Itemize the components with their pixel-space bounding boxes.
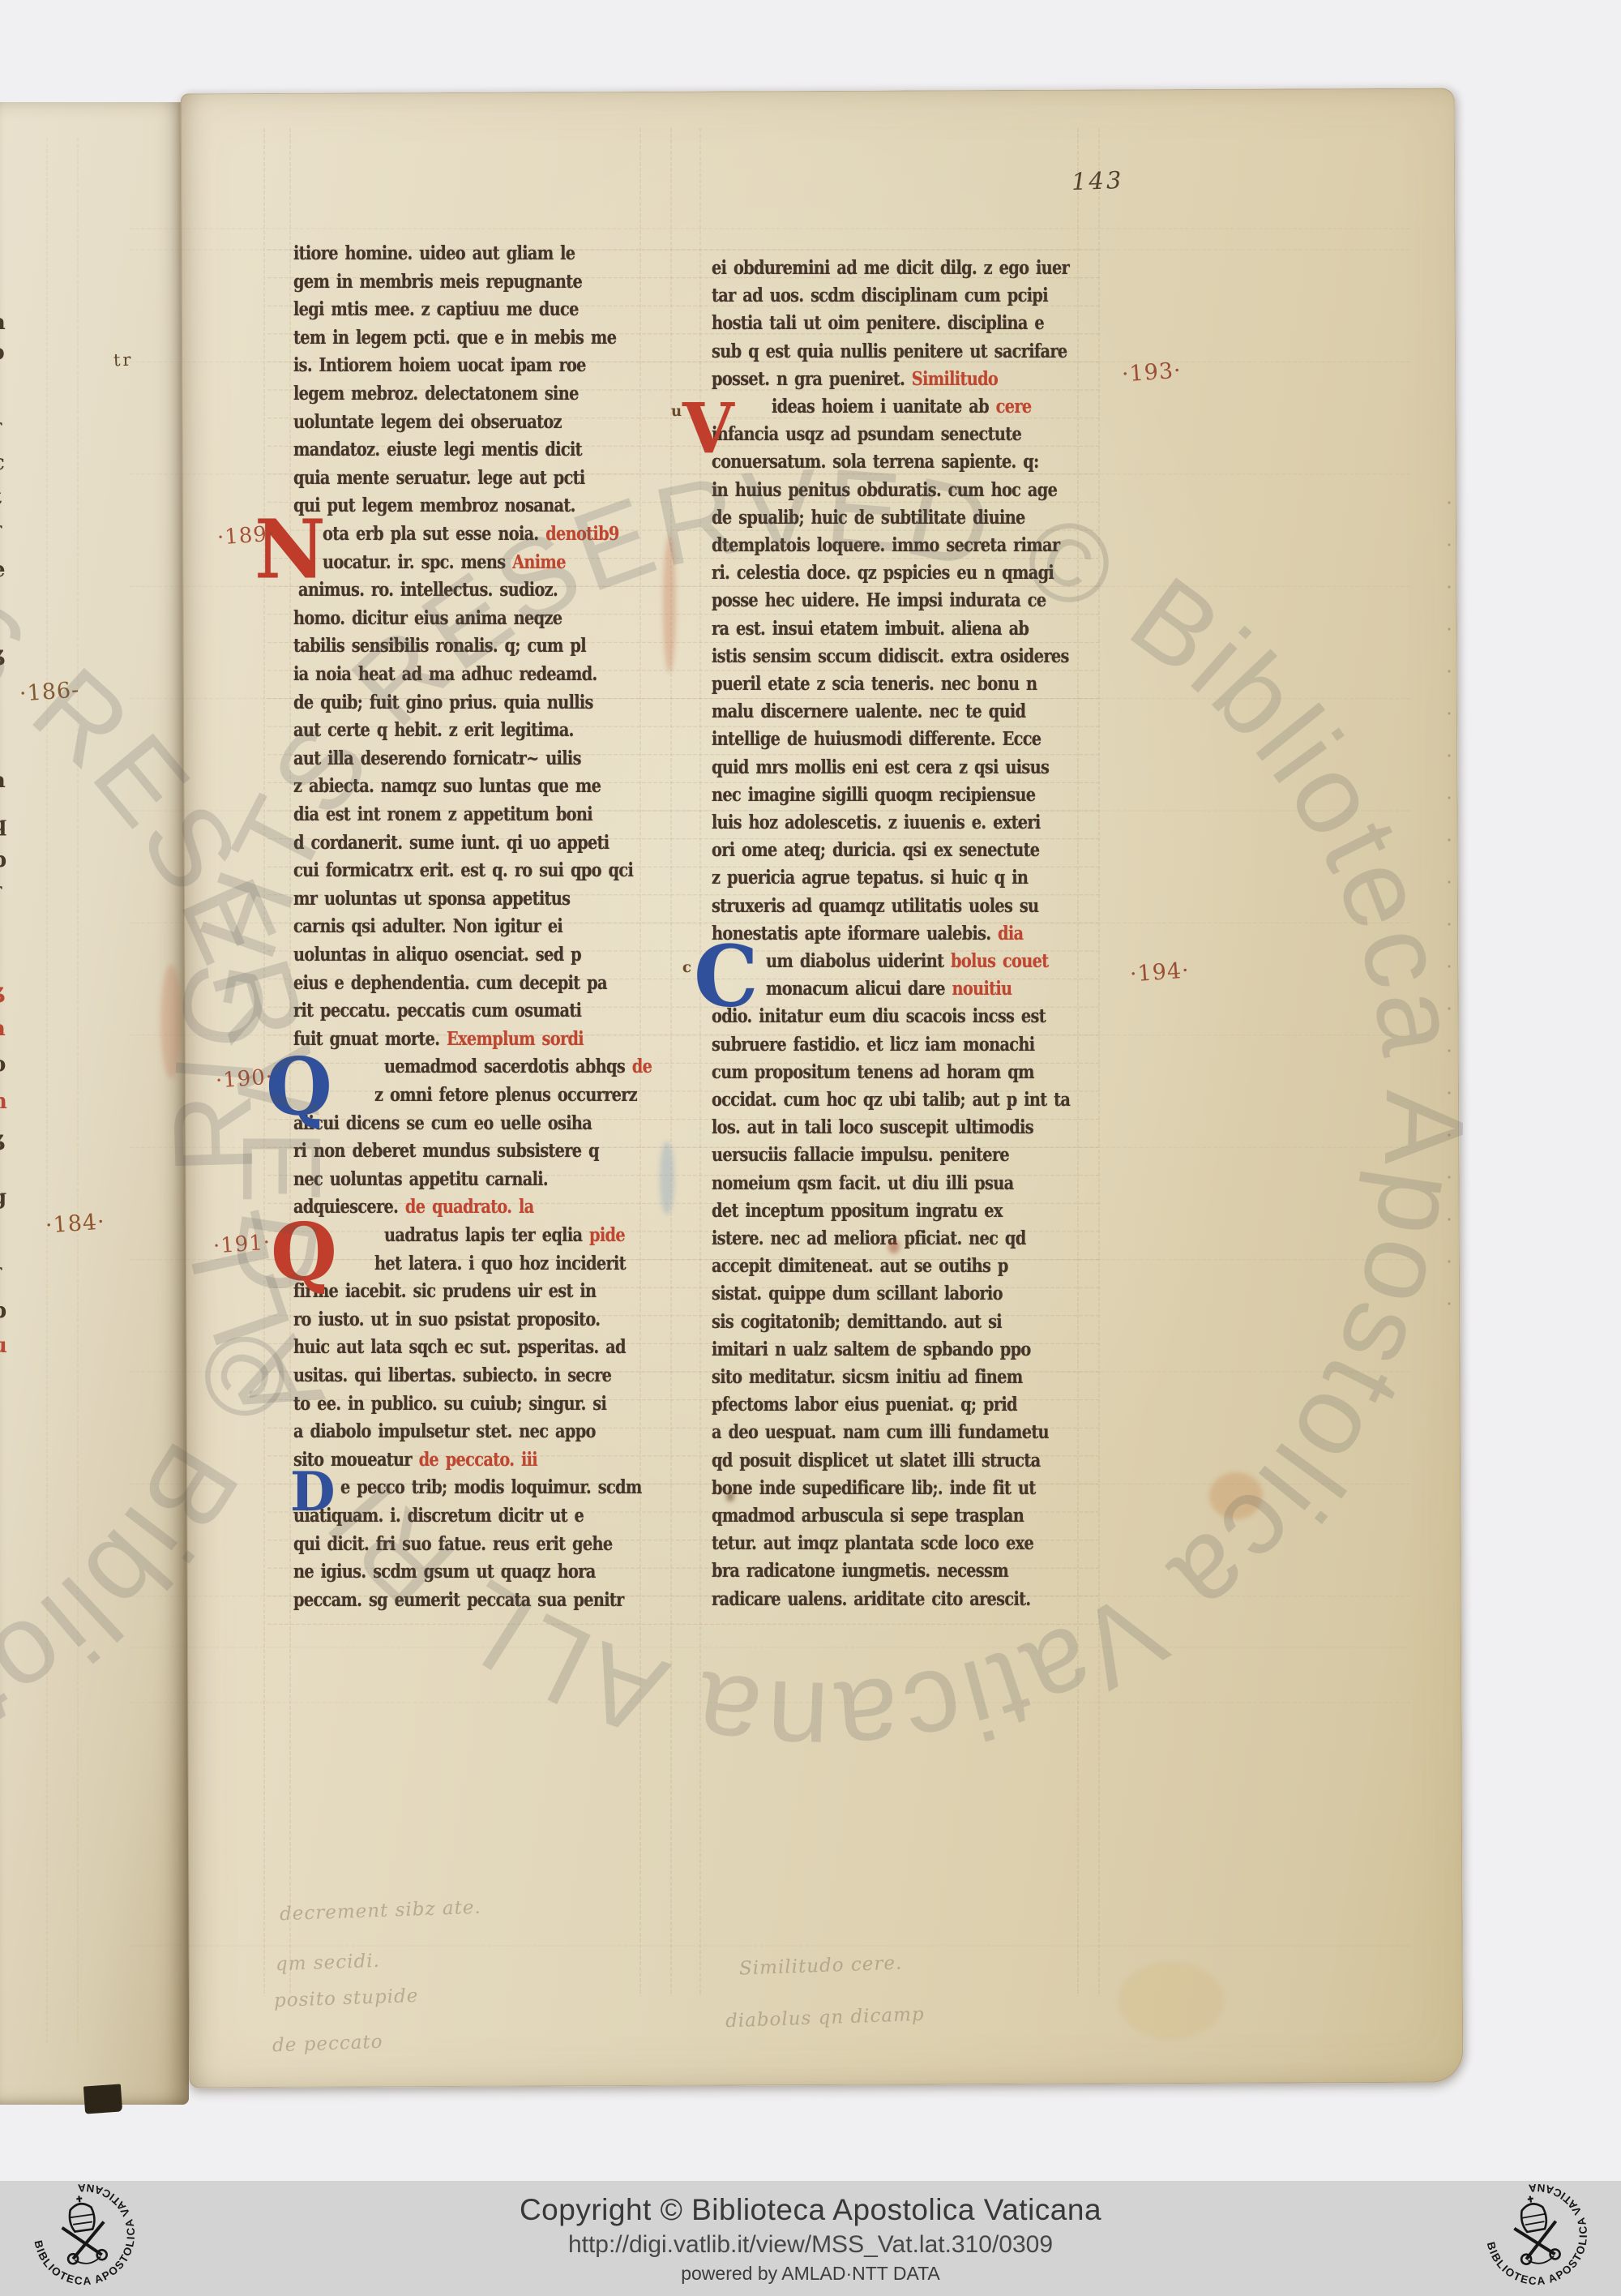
body-text: tar ad uos. scdm disciplinam cum pcipi: [712, 285, 1048, 306]
body-text: alicui dicens se cum eo uelle osiha: [293, 1112, 592, 1134]
body-text: ori ome ateq; duricia. qsi ex senectute: [712, 839, 1039, 861]
body-text: istis sensim sccum didiscit. extra oside…: [712, 645, 1069, 667]
parchment-stain: [660, 1142, 674, 1214]
manuscript-line: sistat. quippe dum scillant laborio: [712, 1281, 1003, 1307]
body-text: odio. initatur eum diu scacois incss est: [712, 1005, 1046, 1027]
body-text: e pecco trib; modis loquimur. scdm: [340, 1476, 642, 1498]
body-text: ota erb pla sut esse noia.: [323, 523, 545, 545]
body-text: bra radicatone iungmetis. necessm: [712, 1560, 1008, 1582]
manuscript-line: los. aut in tali loco suscepit ultimodis: [712, 1115, 1033, 1141]
footer-url: http://digi.vatlib.it/view/MSS_Vat.lat.3…: [568, 2231, 1053, 2259]
manuscript-line: sis cogitatonib; demittando. aut si: [712, 1309, 1002, 1335]
body-text: de spualib; huic de subtilitate diuine: [712, 507, 1025, 529]
manuscript-line: cui formicatrx erit. est q. ro sui qpo q…: [293, 858, 633, 884]
body-text: peccam. sg eumerit peccata sua penitr: [293, 1589, 624, 1611]
manuscript-line: tem in legem pcti. que e in mebis me: [293, 325, 616, 351]
body-text: ri non deberet mundus subsistere q: [293, 1140, 599, 1162]
body-text: mandatoz. eiuste legi mentis dicit: [293, 439, 582, 460]
cut-off-glyph-fragment: b: [0, 1299, 6, 1323]
manuscript-line: subruere fastidio. et licz iam monachi: [712, 1032, 1034, 1058]
manuscript-line: in huius penitus obduratis. cum hoc age: [712, 478, 1057, 503]
faint-marginal-note: de peccato: [272, 2032, 383, 2057]
body-text: accepit dimiteneat. aut se outihs p: [712, 1255, 1008, 1277]
papal-keys-tiara-icon: [1509, 2192, 1563, 2267]
body-text: usitas. qui libertas. subiecto. in secre: [293, 1364, 611, 1386]
manuscript-line: uocatur. ir. spc. mens Anime: [323, 550, 566, 576]
manuscript-line: tetur. aut imqz plantata scde loco exe: [712, 1531, 1033, 1557]
faint-marginal-note: qm secidi.: [276, 1951, 381, 1975]
body-text: subruere fastidio. et licz iam monachi: [712, 1034, 1034, 1056]
illuminated-initial: Q: [271, 1216, 337, 1289]
body-text: ra est. insui etatem imbuit. aliena ab: [712, 618, 1029, 640]
previous-page-edge: [0, 102, 189, 2105]
manuscript-line: uersuciis fallacie impulsu. penitere: [712, 1142, 1009, 1168]
cut-off-glyph-fragment: ſ: [0, 523, 1, 547]
manuscript-line: peccam. sg eumerit peccata sua penitr: [293, 1587, 624, 1613]
body-text: um diabolus uiderint: [766, 950, 951, 972]
body-text: pfectoms labor eius pueniat. q; prid: [712, 1394, 1017, 1416]
manuscript-line: tabilis sensibilis ronalis. q; cum pl: [293, 633, 586, 659]
rubric-text: Similitudo: [912, 368, 998, 390]
illuminated-initial: Q: [266, 1051, 332, 1124]
manuscript-line: struxeris ad quamqz utilitatis uoles su: [712, 893, 1038, 919]
manuscript-line: hostia tali ut oim penitere. disciplina …: [712, 311, 1044, 336]
manuscript-line: quia mente seruatur. lege aut pcti: [293, 465, 585, 491]
cut-off-glyph-fragment: u: [0, 1334, 7, 1358]
margin-section-number: ·189·: [216, 522, 276, 550]
rubric-text: cere: [996, 396, 1032, 418]
body-text: det inceptum ppositum ingratu ex: [712, 1200, 1003, 1222]
manuscript-line: intellige de huiusmodi differente. Ecce: [712, 726, 1041, 752]
body-text: z abiecta. namqz suo luntas que me: [293, 775, 601, 797]
parchment-stain: [1209, 1472, 1263, 1519]
manuscript-line: honestatis apte iformare ualebis. dia: [712, 921, 1023, 947]
body-text: nec uoluntas appetitu carnali.: [293, 1168, 548, 1190]
manuscript-line: a deo uespuat. nam cum illi fundametu: [712, 1420, 1049, 1446]
cut-off-glyph-fragment: e: [0, 558, 6, 582]
manuscript-line: de spualib; huic de subtilitate diuine: [712, 505, 1025, 531]
body-text: to ee. in publico. su cuiub; singur. si: [293, 1393, 606, 1415]
footer-powered-by: powered by AMLAD·NTT DATA: [681, 2263, 940, 2285]
body-text: istere. nec ad meliora pficiat. nec qd: [712, 1227, 1026, 1249]
manuscript-line: itiore homine. uideo aut gliam le: [293, 241, 575, 267]
manuscript-line: luis hoz adolescetis. z iuuenis e. exter…: [712, 810, 1041, 836]
manuscript-line: pueril etate z scia teneris. nec bonu n: [712, 671, 1037, 697]
body-text: uemadmod sacerdotis abhqs: [384, 1056, 632, 1077]
manuscript-line: e pecco trib; modis loquimur. scdm: [340, 1475, 642, 1501]
body-text: sito meditatur. sicsm initiu ad finem: [712, 1366, 1023, 1388]
papal-keys-tiara-icon: [58, 2193, 109, 2266]
rubric-text: nouitiu: [952, 978, 1012, 1000]
manuscript-line: ri. celestia doce. qz pspicies eu n qmag…: [712, 560, 1054, 586]
rubric-text: Exemplum sordi: [447, 1028, 584, 1050]
parchment-stain: [726, 1492, 734, 1501]
manuscript-line: tar ad uos. scdm disciplinam cum pcipi: [712, 283, 1048, 309]
body-text: eius e dephendentia. cum decepit pa: [293, 972, 607, 994]
illuminated-initial: D: [290, 1468, 336, 1518]
body-text: uersuciis fallacie impulsu. penitere: [712, 1144, 1009, 1166]
body-text: nec imagine sigilli quoqm recipiensue: [712, 784, 1035, 806]
cut-off-glyph-fragment: ʒ: [0, 642, 4, 666]
manuscript-line: quid mrs mollis eni est cera z qsi uisus: [712, 755, 1049, 781]
cut-off-glyph-fragment: ɔ: [0, 341, 5, 365]
svg-text:BIBLIOTECA APOSTOLICA VATICANA: BIBLIOTECA APOSTOLICA VATICANA: [1475, 2184, 1597, 2294]
body-text: de quib; fuit gino prius. quia nullis: [293, 692, 593, 713]
body-text: mr uoluntas ut sponsa appetitus: [293, 888, 570, 910]
manuscript-line: dtemplatois loquere. immo secreta rimar: [712, 533, 1059, 559]
manuscript-line: nec imagine sigilli quoqm recipiensue: [712, 782, 1035, 808]
manuscript-line: odio. initatur eum diu scacois incss est: [712, 1004, 1046, 1030]
cut-off-glyph-fragment: ʒ: [0, 1127, 4, 1151]
cut-off-glyph-fragment: c: [0, 451, 5, 475]
body-text: qmadmod arbuscula si sepe trasplan: [712, 1505, 1024, 1527]
manuscript-line: ori ome ateq; duricia. qsi ex senectute: [712, 837, 1039, 863]
parchment-stain: [1118, 1962, 1224, 2039]
vatican-library-logo-left: BIBLIOTECA APOSTOLICA VATICANA: [11, 2184, 157, 2294]
manuscript-line: qmadmod arbuscula si sepe trasplan: [712, 1503, 1024, 1529]
rubric-text: pide: [589, 1224, 625, 1246]
illuminated-initial: u: [671, 405, 682, 419]
manuscript-line: aut illa deserendo fornicatr~ uilis: [293, 746, 581, 772]
manuscript-line: pfectoms labor eius pueniat. q; prid: [712, 1392, 1017, 1418]
manuscript-line: alicui dicens se cum eo uelle osiha: [293, 1111, 592, 1137]
body-text: in huius penitus obduratis. cum hoc age: [712, 479, 1057, 501]
manuscript-line: mr uoluntas ut sponsa appetitus: [293, 886, 570, 912]
body-text: uoluntate legem dei obseruatoz: [293, 411, 562, 433]
manuscript-line: sito meditatur. sicsm initiu ad finem: [712, 1364, 1023, 1390]
book-spine: [83, 2084, 122, 2114]
body-text: sistat. quippe dum scillant laborio: [712, 1283, 1003, 1304]
manuscript-line: z puericia agrue tepatus. si huic q in: [712, 865, 1028, 891]
manuscript-line: de quib; fuit gino prius. quia nullis: [293, 690, 593, 716]
manuscript-line: uemadmod sacerdotis abhqs de: [384, 1054, 652, 1080]
manuscript-line: infancia usqz ad psundam senectute: [712, 422, 1021, 448]
manuscript-line: firme iacebit. sic prudens uir est in: [293, 1279, 596, 1304]
body-text: ne igius. scdm gsum ut quaqz hora: [293, 1561, 596, 1583]
illuminated-initial: C: [694, 937, 759, 1015]
body-text: z puericia agrue tepatus. si huic q in: [712, 867, 1028, 889]
manuscript-line: ei obduremini ad me dicit dilg. z ego iu…: [712, 255, 1069, 281]
cut-off-glyph-fragment: ſ: [0, 420, 1, 444]
catchword: tr: [113, 350, 134, 371]
manuscript-line: accepit dimiteneat. aut se outihs p: [712, 1253, 1008, 1279]
body-text: qui dicit. fri suo fatue. reus erit gehe: [293, 1533, 612, 1555]
digitized-manuscript-viewer: itiore homine. uideo aut gliam legem in …: [0, 0, 1621, 2296]
body-text: ia noia heat ad ma adhuc redeamd.: [293, 663, 597, 685]
body-text: ideas hoiem i uanitate ab: [772, 396, 996, 418]
manuscript-line: imitari n ualz saltem de spbando ppo: [712, 1337, 1031, 1363]
rubric-text: de: [632, 1056, 652, 1077]
body-text: a diabolo impulsetur stet. nec appo: [293, 1420, 596, 1442]
manuscript-line: sub q est quia nullis penitere ut sacrif…: [712, 339, 1067, 365]
manuscript-line: ideas hoiem i uanitate ab cere: [772, 394, 1031, 420]
body-text: z omni fetore plenus occurrerz: [374, 1084, 637, 1106]
manuscript-line: occidat. cum hoc qz ubi talib; aut p int…: [712, 1087, 1070, 1113]
body-text: struxeris ad quamqz utilitatis uoles su: [712, 895, 1038, 917]
manuscript-line: eius e dephendentia. cum decepit pa: [293, 970, 607, 996]
footer-copyright: Copyright © Biblioteca Apostolica Vatica…: [520, 2193, 1101, 2227]
body-text: tetur. aut imqz plantata scde loco exe: [712, 1532, 1033, 1554]
manuscript-line: dia est int ronem z appetitum boni: [293, 802, 592, 828]
body-text: aut illa deserendo fornicatr~ uilis: [293, 747, 581, 769]
manuscript-line: cum propositum tenens ad horam qm: [712, 1060, 1034, 1086]
body-text: pueril etate z scia teneris. nec bonu n: [712, 673, 1037, 695]
body-text: luis hoz adolescetis. z iuuenis e. exter…: [712, 812, 1041, 833]
body-text: conuersatum. sola terrena sapiente. q:: [712, 451, 1039, 473]
body-text: qd posuit displicet ut slatet illi struc…: [712, 1450, 1040, 1471]
folio-number: 143: [1071, 166, 1124, 195]
cut-off-glyph-fragment: a: [0, 1017, 6, 1041]
manuscript-line: qd posuit displicet ut slatet illi struc…: [712, 1448, 1040, 1474]
manuscript-line: is. Intiorem hoiem uocat ipam roe: [293, 353, 586, 379]
body-text: rit peccatu. peccatis cum osumati: [293, 1000, 581, 1022]
illuminated-initial: V: [682, 397, 734, 460]
body-text: uiatiquam. i. discretum dicitr ut e: [293, 1505, 584, 1527]
manuscript-line: huic aut lata sqch ec sut. psperitas. ad: [293, 1334, 626, 1360]
manuscript-line: gem in membris meis repugnante: [293, 269, 582, 295]
manuscript-line: qui dicit. fri suo fatue. reus erit gehe: [293, 1531, 612, 1557]
manuscript-line: animus. ro. intellectus. sudioz.: [298, 577, 558, 603]
manuscript-line: monacum alicui dare nouitiu: [766, 976, 1012, 1002]
margin-section-number: ·184·: [45, 1209, 106, 1238]
manuscript-line: nec uoluntas appetitu carnali.: [293, 1167, 548, 1193]
manuscript-line: bone inde supedificare lib;. inde fit ut: [712, 1476, 1036, 1501]
margin-section-number: ·191·: [212, 1231, 272, 1259]
manuscript-line: ri non deberet mundus subsistere q: [293, 1138, 599, 1164]
manuscript-line: istis sensim sccum didiscit. extra oside…: [712, 644, 1069, 670]
svg-text:BIBLIOTECA APOSTOLICA VATICANA: BIBLIOTECA APOSTOLICA VATICANA: [24, 2184, 143, 2294]
cut-off-glyph-fragment: g: [0, 1185, 6, 1210]
cut-off-glyph-fragment: ſ: [0, 1265, 1, 1289]
manuscript-line: z abiecta. namqz suo luntas que me: [293, 773, 601, 799]
manuscript-line: bra radicatone iungmetis. necessm: [712, 1558, 1008, 1584]
body-text: monacum alicui dare: [766, 978, 952, 1000]
manuscript-line: uiatiquam. i. discretum dicitr ut e: [293, 1503, 584, 1529]
body-text: tem in legem pcti. que e in mebis me: [293, 327, 616, 349]
cut-off-glyph-fragment: b: [0, 848, 6, 872]
body-text: huic aut lata sqch ec sut. psperitas. ad: [293, 1336, 626, 1358]
body-text: a deo uespuat. nam cum illi fundametu: [712, 1421, 1049, 1443]
manuscript-line: ro iusto. ut in suo psistat proposito.: [293, 1307, 600, 1333]
body-text: malu discernere ualente. nec te quid: [712, 700, 1025, 722]
body-text: infancia usqz ad psundam senectute: [712, 423, 1021, 445]
parchment-stain: [888, 1240, 900, 1253]
cut-off-glyph-fragment: ſ: [0, 884, 1, 908]
cut-off-glyph-fragment: ʒ: [0, 979, 4, 1004]
body-text: posse hec uidere. He impsi indurata ce: [712, 589, 1046, 611]
body-text: het latera. i quo hoz inciderit: [374, 1253, 626, 1274]
margin-section-number: ·194·: [1129, 957, 1191, 987]
rubric-text: bolus couet: [951, 950, 1048, 972]
body-text: homo. dicitur eius anima neqze: [293, 607, 562, 629]
manuscript-line: posset. n gra pueniret. Similitudo: [712, 366, 998, 392]
cut-off-glyph-fragment: q: [0, 812, 6, 837]
manuscript-line: d cordanerit. sume iunt. qi uo appeti: [293, 830, 609, 856]
body-text: animus. ro. intellectus. sudioz.: [298, 579, 558, 601]
rubric-text: de quadrato. la: [405, 1196, 534, 1218]
manuscript-line: posse hec uidere. He impsi indurata ce: [712, 588, 1046, 614]
body-text: firme iacebit. sic prudens uir est in: [293, 1280, 596, 1302]
manuscript-line: qui put legem membroz nosanat.: [293, 493, 575, 519]
manuscript-line: z omni fetore plenus occurrerz: [374, 1082, 637, 1108]
manuscript-line: fuit gnuat morte. Exemplum sordi: [293, 1026, 584, 1052]
manuscript-line: a diabolo impulsetur stet. nec appo: [293, 1419, 596, 1445]
body-text: uadratus lapis ter eqlia: [384, 1224, 589, 1246]
rubric-text: denotib9: [545, 523, 619, 545]
manuscript-line: ne igius. scdm gsum ut quaqz hora: [293, 1559, 596, 1585]
cut-off-glyph-fragment: t: [0, 485, 2, 509]
body-text: legi mtis mee. z captiuu me duce: [293, 298, 579, 320]
rubric-text: Anime: [512, 551, 566, 573]
margin-section-number: ·193·: [1121, 358, 1183, 387]
body-text: nomeium qsm facit. ut diu illi psua: [712, 1172, 1013, 1194]
manuscript-line: uadratus lapis ter eqlia pide: [384, 1223, 625, 1249]
margin-section-number: ·186-: [19, 677, 80, 706]
vatican-library-logo-right: BIBLIOTECA APOSTOLICA VATICANA: [1464, 2184, 1610, 2294]
manuscript-line: het latera. i quo hoz inciderit: [374, 1251, 626, 1277]
manuscript-line: ota erb pla sut esse noia. denotib9: [323, 521, 619, 547]
manuscript-line: conuersatum. sola terrena sapiente. q:: [712, 449, 1039, 475]
parchment-stain: [160, 965, 182, 1078]
body-text: aut certe q hebit. z erit legitima.: [293, 719, 574, 741]
body-text: imitari n ualz saltem de spbando ppo: [712, 1339, 1031, 1360]
manuscript-line: usitas. qui libertas. subiecto. in secre: [293, 1363, 611, 1389]
cut-off-glyph-fragment: a: [0, 311, 6, 335]
manuscript-line: legi mtis mee. z captiuu me duce: [293, 297, 579, 323]
body-text: cum propositum tenens ad horam qm: [712, 1061, 1034, 1083]
manuscript-line: istere. nec ad meliora pficiat. nec qd: [712, 1226, 1026, 1252]
body-text: radicare ualens. ariditate cito arescit.: [712, 1588, 1030, 1610]
rubric-text: de peccato. iii: [419, 1449, 537, 1471]
body-text: uoluntas in aliquo osenciat. sed p: [293, 944, 581, 966]
manuscript-line: uoluntas in aliquo osenciat. sed p: [293, 942, 581, 968]
body-text: ro iusto. ut in suo psistat proposito.: [293, 1309, 600, 1330]
body-text: is. Intiorem hoiem uocat ipam roe: [293, 354, 586, 376]
margin-section-number: ·190·: [215, 1065, 274, 1094]
body-text: legem mebroz. delectatonem sine: [293, 383, 579, 405]
manuscript-line: rit peccatu. peccatis cum osumati: [293, 998, 581, 1024]
manuscript-line: malu discernere ualente. nec te quid: [712, 699, 1025, 725]
body-text: quia mente seruatur. lege aut pcti: [293, 467, 585, 489]
footer-bar: Copyright © Biblioteca Apostolica Vatica…: [0, 2181, 1621, 2296]
manuscript-line: det inceptum ppositum ingratu ex: [712, 1198, 1003, 1224]
body-text: intellige de huiusmodi differente. Ecce: [712, 728, 1041, 750]
manuscript-line: um diabolus uiderint bolus couet: [766, 949, 1048, 975]
parchment-stain: [663, 535, 676, 673]
cut-off-glyph-fragment: o: [0, 1052, 6, 1077]
body-text: d cordanerit. sume iunt. qi uo appeti: [293, 832, 609, 854]
cut-off-glyph-fragment: n: [0, 1090, 7, 1114]
body-text: uocatur. ir. spc. mens: [323, 551, 512, 573]
manuscript-line: ia noia heat ad ma adhuc redeamd.: [293, 662, 597, 688]
body-text: dia est int ronem z appetitum boni: [293, 803, 592, 825]
body-text: qui put legem membroz nosanat.: [293, 495, 575, 516]
body-text: posset. n gra pueniret.: [712, 368, 912, 390]
body-text: occidat. cum hoc qz ubi talib; aut p int…: [712, 1089, 1070, 1111]
body-text: dtemplatois loquere. immo secreta rimar: [712, 534, 1059, 556]
body-text: quid mrs mollis eni est cera z qsi uisus: [712, 756, 1049, 778]
body-text: cui formicatrx erit. est q. ro sui qpo q…: [293, 859, 633, 881]
manuscript-line: uoluntate legem dei obseruatoz: [293, 409, 562, 435]
body-text: gem in membris meis repugnante: [293, 271, 582, 293]
body-text: tabilis sensibilis ronalis. q; cum pl: [293, 635, 586, 657]
body-text: itiore homine. uideo aut gliam le: [293, 242, 575, 264]
body-text: sub q est quia nullis penitere ut sacrif…: [712, 341, 1067, 362]
manuscript-line: radicare ualens. ariditate cito arescit.: [712, 1587, 1030, 1613]
manuscript-line: homo. dicitur eius anima neqze: [293, 606, 562, 632]
body-text: los. aut in tali loco suscepit ultimodis: [712, 1116, 1033, 1138]
manuscript-line: nomeium qsm facit. ut diu illi psua: [712, 1171, 1013, 1197]
body-text: ri. celestia doce. qz pspicies eu n qmag…: [712, 562, 1054, 584]
cut-off-glyph-fragment: a: [0, 769, 6, 793]
manuscript-line: mandatoz. eiuste legi mentis dicit: [293, 437, 582, 463]
rubric-text: dia: [998, 923, 1023, 945]
manuscript-line: carnis qsi adulter. Non igitur ei: [293, 914, 562, 940]
manuscript-line: aut certe q hebit. z erit legitima.: [293, 717, 574, 743]
manuscript-line: to ee. in publico. su cuiub; singur. si: [293, 1391, 606, 1417]
body-text: hostia tali ut oim penitere. disciplina …: [712, 312, 1044, 334]
body-text: bone inde supedificare lib;. inde fit ut: [712, 1477, 1036, 1499]
manuscript-line: ra est. insui etatem imbuit. aliena ab: [712, 616, 1029, 642]
body-text: carnis qsi adulter. Non igitur ei: [293, 915, 562, 937]
manuscript-line: legem mebroz. delectatonem sine: [293, 381, 579, 407]
body-text: ei obduremini ad me dicit dilg. z ego iu…: [712, 257, 1069, 279]
illuminated-initial: c: [682, 962, 691, 975]
body-text: sis cogitatonib; demittando. aut si: [712, 1311, 1002, 1333]
